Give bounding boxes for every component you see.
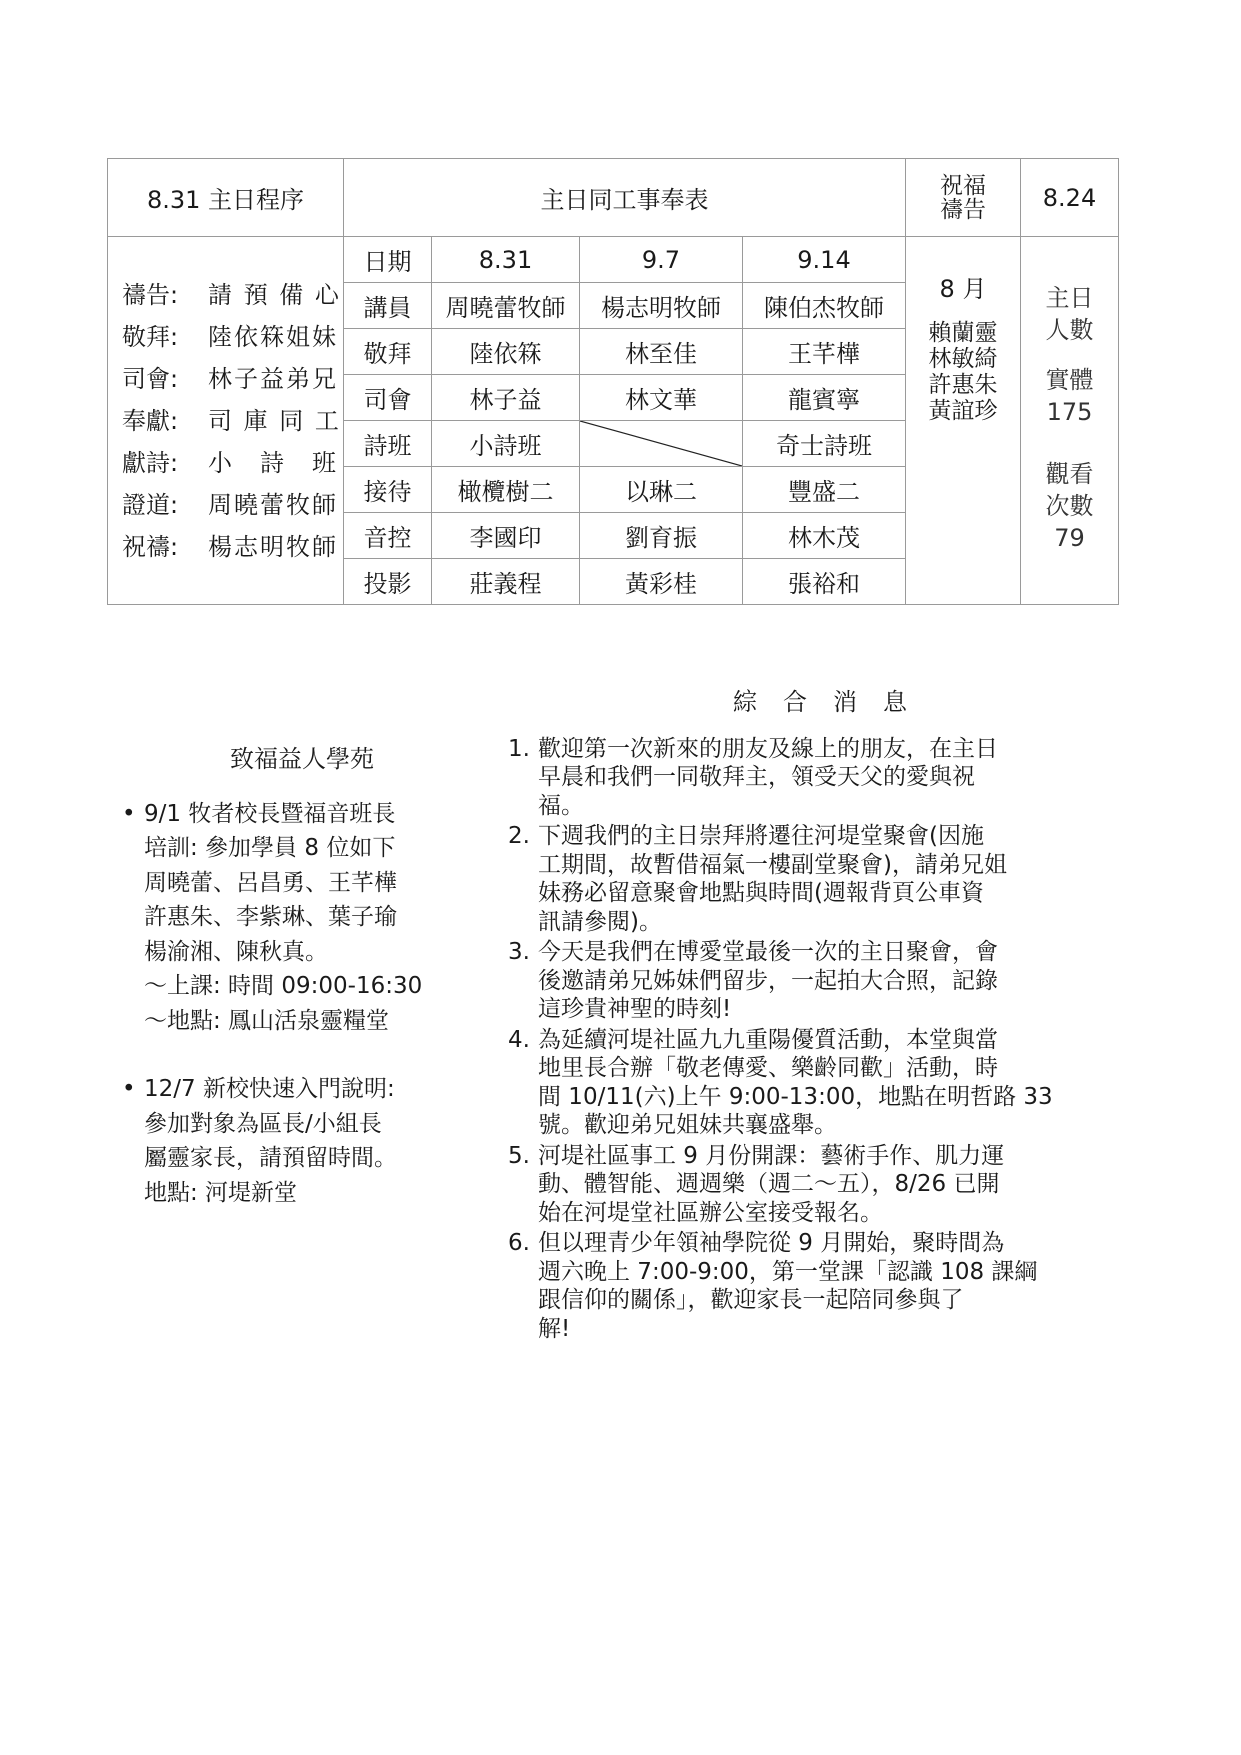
views-label-line2: 次數 [1021, 490, 1118, 522]
inperson-label: 實體 [1021, 364, 1118, 396]
attendance-stats: 主日 人數 實體 175 觀看 次數 79 [1021, 237, 1119, 605]
news-number: 1. [508, 735, 530, 764]
news-item: 3. 今天是我們在博愛堂最後一次的主日聚會，會 後邀請弟兄姊妹們留步，一起拍大合… [508, 938, 1088, 1024]
academy-line: 許惠朱、李紫琳、葉子瑜 [144, 900, 452, 935]
diagonal-line-icon [580, 421, 742, 466]
roster-cell: 陳伯杰牧師 [743, 283, 906, 329]
table-header-row: 8.31 主日程序 主日同工事奉表 祝福 禱告 8.24 [108, 159, 1119, 237]
roster-cell: 王芊樺 [743, 329, 906, 375]
roster-cell: 橄欖樹二 [432, 467, 580, 513]
views-label-line1: 觀看 [1021, 458, 1118, 490]
news-line: 始在河堤堂社區辦公室接受報名。 [538, 1199, 1088, 1228]
academy-line: 地點: 河堤新堂 [144, 1176, 452, 1211]
order-item: 證道:周曉蕾牧師 [122, 487, 343, 523]
news-line: 間 10/11(六)上午 9:00-13:00，地點在明哲路 33 [538, 1083, 1088, 1112]
news-line: 跟信仰的關係」，歡迎家長一起陪同參與了 [538, 1286, 1088, 1315]
roster-cell: 龍賓寧 [743, 375, 906, 421]
roster-cell: 黃彩桂 [580, 559, 743, 605]
order-of-service: 禱告:請 預 備 心 敬拜:陸依箖姐妹 司會:林子益弟兄 奉獻:司 庫 同 工 … [108, 237, 344, 605]
roster-date-row: 禱告:請 預 備 心 敬拜:陸依箖姐妹 司會:林子益弟兄 奉獻:司 庫 同 工 … [108, 237, 1119, 283]
attendance-label-line1: 主日 [1021, 282, 1118, 314]
news-line: 早晨和我們一同敬拜主，領受天父的愛與祝 [538, 763, 1088, 792]
roster-role: 接待 [344, 467, 432, 513]
roster-cell: 小詩班 [432, 421, 580, 467]
order-item: 司會:林子益弟兄 [122, 361, 343, 397]
order-role: 祝禱: [122, 529, 208, 565]
order-person: 楊志明牧師 [208, 529, 343, 565]
roster-cell: 林至佳 [580, 329, 743, 375]
news-item: 1. 歡迎第一次新來的朋友及線上的朋友，在主日 早晨和我們一同敬拜主，領受天父的… [508, 735, 1088, 821]
roster-cell: 奇士詩班 [743, 421, 906, 467]
views-count: 79 [1021, 522, 1118, 554]
academy-section: 致福益人學苑 • 9/1 牧者校長暨福音班長 培訓: 參加學員 8 位如下 周曉… [122, 742, 452, 1210]
news-line: 週六晚上 7:00-9:00，第一堂課「認識 108 課綱 [538, 1258, 1088, 1287]
news-item: 4. 為延續河堤社區九九重陽優質活動，本堂與當 地里長合辦「敬老傳愛、樂齡同歡」… [508, 1026, 1088, 1140]
order-role: 獻詩: [122, 445, 208, 481]
news-item: 5. 河堤社區事工 9 月份開課：藝術手作、肌力運 動、體智能、週週樂（週二～五… [508, 1142, 1088, 1228]
news-number: 6. [508, 1229, 530, 1258]
news-line: 解! [538, 1315, 1088, 1344]
order-person: 小 詩 班 [208, 445, 343, 481]
date-col-2: 9.7 [580, 237, 743, 283]
academy-item: • 12/7 新校快速入門說明: 參加對象為區長/小組長 屬靈家長，請預留時間。… [122, 1072, 452, 1210]
roster-cell: 周曉蕾牧師 [432, 283, 580, 329]
bullet-icon: • [122, 797, 136, 832]
prayer-month: 8 月 [906, 277, 1020, 302]
academy-line: 12/7 新校快速入門說明: [144, 1072, 452, 1107]
roster-cell: 陸依箖 [432, 329, 580, 375]
prayer-name: 許惠朱 [906, 372, 1020, 398]
news-item: 2. 下週我們的主日崇拜將遷往河堤堂聚會(因施 工期間，故暫借福氣一樓副堂聚會)… [508, 822, 1088, 936]
academy-line: ～上課: 時間 09:00-16:30 [144, 969, 452, 1004]
order-role: 司會: [122, 361, 208, 397]
news-line: 但以理青少年領袖學院從 9 月開始，聚時間為 [538, 1229, 1088, 1258]
news-item: 6. 但以理青少年領袖學院從 9 月開始，聚時間為 週六晚上 7:00-9:00… [508, 1229, 1088, 1343]
prayer-name: 賴蘭靈 [906, 320, 1020, 346]
news-line: 號。歡迎弟兄姐妹共襄盛舉。 [538, 1111, 1088, 1140]
roster-title: 主日同工事奉表 [344, 159, 906, 237]
prayer-title-line1: 祝福 [906, 174, 1020, 198]
prayer-title: 祝福 禱告 [906, 159, 1021, 237]
date-label: 日期 [344, 237, 432, 283]
academy-line: 參加對象為區長/小組長 [144, 1107, 452, 1142]
date-col-3: 9.14 [743, 237, 906, 283]
news-line: 動、體智能、週週樂（週二～五），8/26 已開 [538, 1170, 1088, 1199]
news-line: 訊請參閱)。 [538, 908, 1088, 937]
roster-role: 講員 [344, 283, 432, 329]
news-number: 5. [508, 1142, 530, 1171]
news-section: 綜合消息 1. 歡迎第一次新來的朋友及線上的朋友，在主日 早晨和我們一同敬拜主，… [508, 688, 1088, 1345]
academy-title: 致福益人學苑 [122, 742, 452, 777]
academy-line: 培訓: 參加學員 8 位如下 [144, 831, 452, 866]
academy-line: 屬靈家長，請預留時間。 [144, 1141, 452, 1176]
roster-role: 音控 [344, 513, 432, 559]
academy-line: 9/1 牧者校長暨福音班長 [144, 797, 452, 832]
roster-cell: 以琳二 [580, 467, 743, 513]
roster-cell: 李國印 [432, 513, 580, 559]
news-line: 下週我們的主日崇拜將遷往河堤堂聚會(因施 [538, 822, 1088, 851]
prayer-list: 8 月 賴蘭靈 林敏綺 許惠朱 黃誼珍 [906, 237, 1021, 605]
academy-line: 楊渝湘、陳秋真。 [144, 935, 452, 970]
academy-line: 周曉蕾、呂昌勇、王芊樺 [144, 866, 452, 901]
news-line: 工期間，故暫借福氣一樓副堂聚會)，請弟兄姐 [538, 851, 1088, 880]
roster-cell: 楊志明牧師 [580, 283, 743, 329]
roster-cell: 豐盛二 [743, 467, 906, 513]
news-title: 綜合消息 [508, 688, 1088, 717]
news-number: 4. [508, 1026, 530, 1055]
order-person: 司 庫 同 工 [208, 403, 343, 439]
roster-cell: 劉育振 [580, 513, 743, 559]
attendance-date: 8.24 [1021, 159, 1119, 237]
order-person: 請 預 備 心 [208, 277, 343, 313]
news-line: 歡迎第一次新來的朋友及線上的朋友，在主日 [538, 735, 1088, 764]
news-line: 河堤社區事工 9 月份開課：藝術手作、肌力運 [538, 1142, 1088, 1171]
order-person: 周曉蕾牧師 [208, 487, 343, 523]
roster-role: 司會 [344, 375, 432, 421]
order-item: 禱告:請 預 備 心 [122, 277, 343, 313]
news-line: 為延續河堤社區九九重陽優質活動，本堂與當 [538, 1026, 1088, 1055]
order-item: 祝禱:楊志明牧師 [122, 529, 343, 565]
news-line: 這珍貴神聖的時刻! [538, 995, 1088, 1024]
news-line: 地里長合辦「敬老傳愛、樂齡同歡」活動，時 [538, 1054, 1088, 1083]
order-item: 獻詩:小 詩 班 [122, 445, 343, 481]
order-person: 林子益弟兄 [208, 361, 343, 397]
news-line: 今天是我們在博愛堂最後一次的主日聚會，會 [538, 938, 1088, 967]
order-item: 奉獻:司 庫 同 工 [122, 403, 343, 439]
roster-role: 投影 [344, 559, 432, 605]
news-line: 福。 [538, 792, 1088, 821]
roster-cell: 林木茂 [743, 513, 906, 559]
bullet-icon: • [122, 1072, 136, 1107]
order-role: 奉獻: [122, 403, 208, 439]
academy-line: ～地點: 鳳山活泉靈糧堂 [144, 1004, 452, 1039]
order-person: 陸依箖姐妹 [208, 319, 343, 355]
order-role: 禱告: [122, 277, 208, 313]
roster-cell-empty-diagonal [580, 421, 743, 467]
bulletin-page: 8.31 主日程序 主日同工事奉表 祝福 禱告 8.24 禱告:請 預 備 心 … [0, 0, 1241, 1755]
roster-cell: 林子益 [432, 375, 580, 421]
news-line: 妹務必留意聚會地點與時間(週報背頁公車資 [538, 879, 1088, 908]
prayer-name: 黃誼珍 [906, 398, 1020, 424]
news-number: 2. [508, 822, 530, 851]
service-schedule-table: 8.31 主日程序 主日同工事奉表 祝福 禱告 8.24 禱告:請 預 備 心 … [107, 158, 1119, 605]
order-role: 敬拜: [122, 319, 208, 355]
roster-role: 詩班 [344, 421, 432, 467]
order-item: 敬拜:陸依箖姐妹 [122, 319, 343, 355]
order-of-service-title: 8.31 主日程序 [108, 159, 344, 237]
attendance-label-line2: 人數 [1021, 314, 1118, 346]
roster-cell: 莊義程 [432, 559, 580, 605]
roster-cell: 林文華 [580, 375, 743, 421]
news-number: 3. [508, 938, 530, 967]
roster-cell: 張裕和 [743, 559, 906, 605]
prayer-name: 林敏綺 [906, 346, 1020, 372]
roster-role: 敬拜 [344, 329, 432, 375]
academy-item: • 9/1 牧者校長暨福音班長 培訓: 參加學員 8 位如下 周曉蕾、呂昌勇、王… [122, 797, 452, 1039]
inperson-count: 175 [1021, 396, 1118, 428]
order-role: 證道: [122, 487, 208, 523]
news-line: 後邀請弟兄姊妹們留步，一起拍大合照，記錄 [538, 967, 1088, 996]
prayer-title-line2: 禱告 [906, 198, 1020, 222]
date-col-1: 8.31 [432, 237, 580, 283]
